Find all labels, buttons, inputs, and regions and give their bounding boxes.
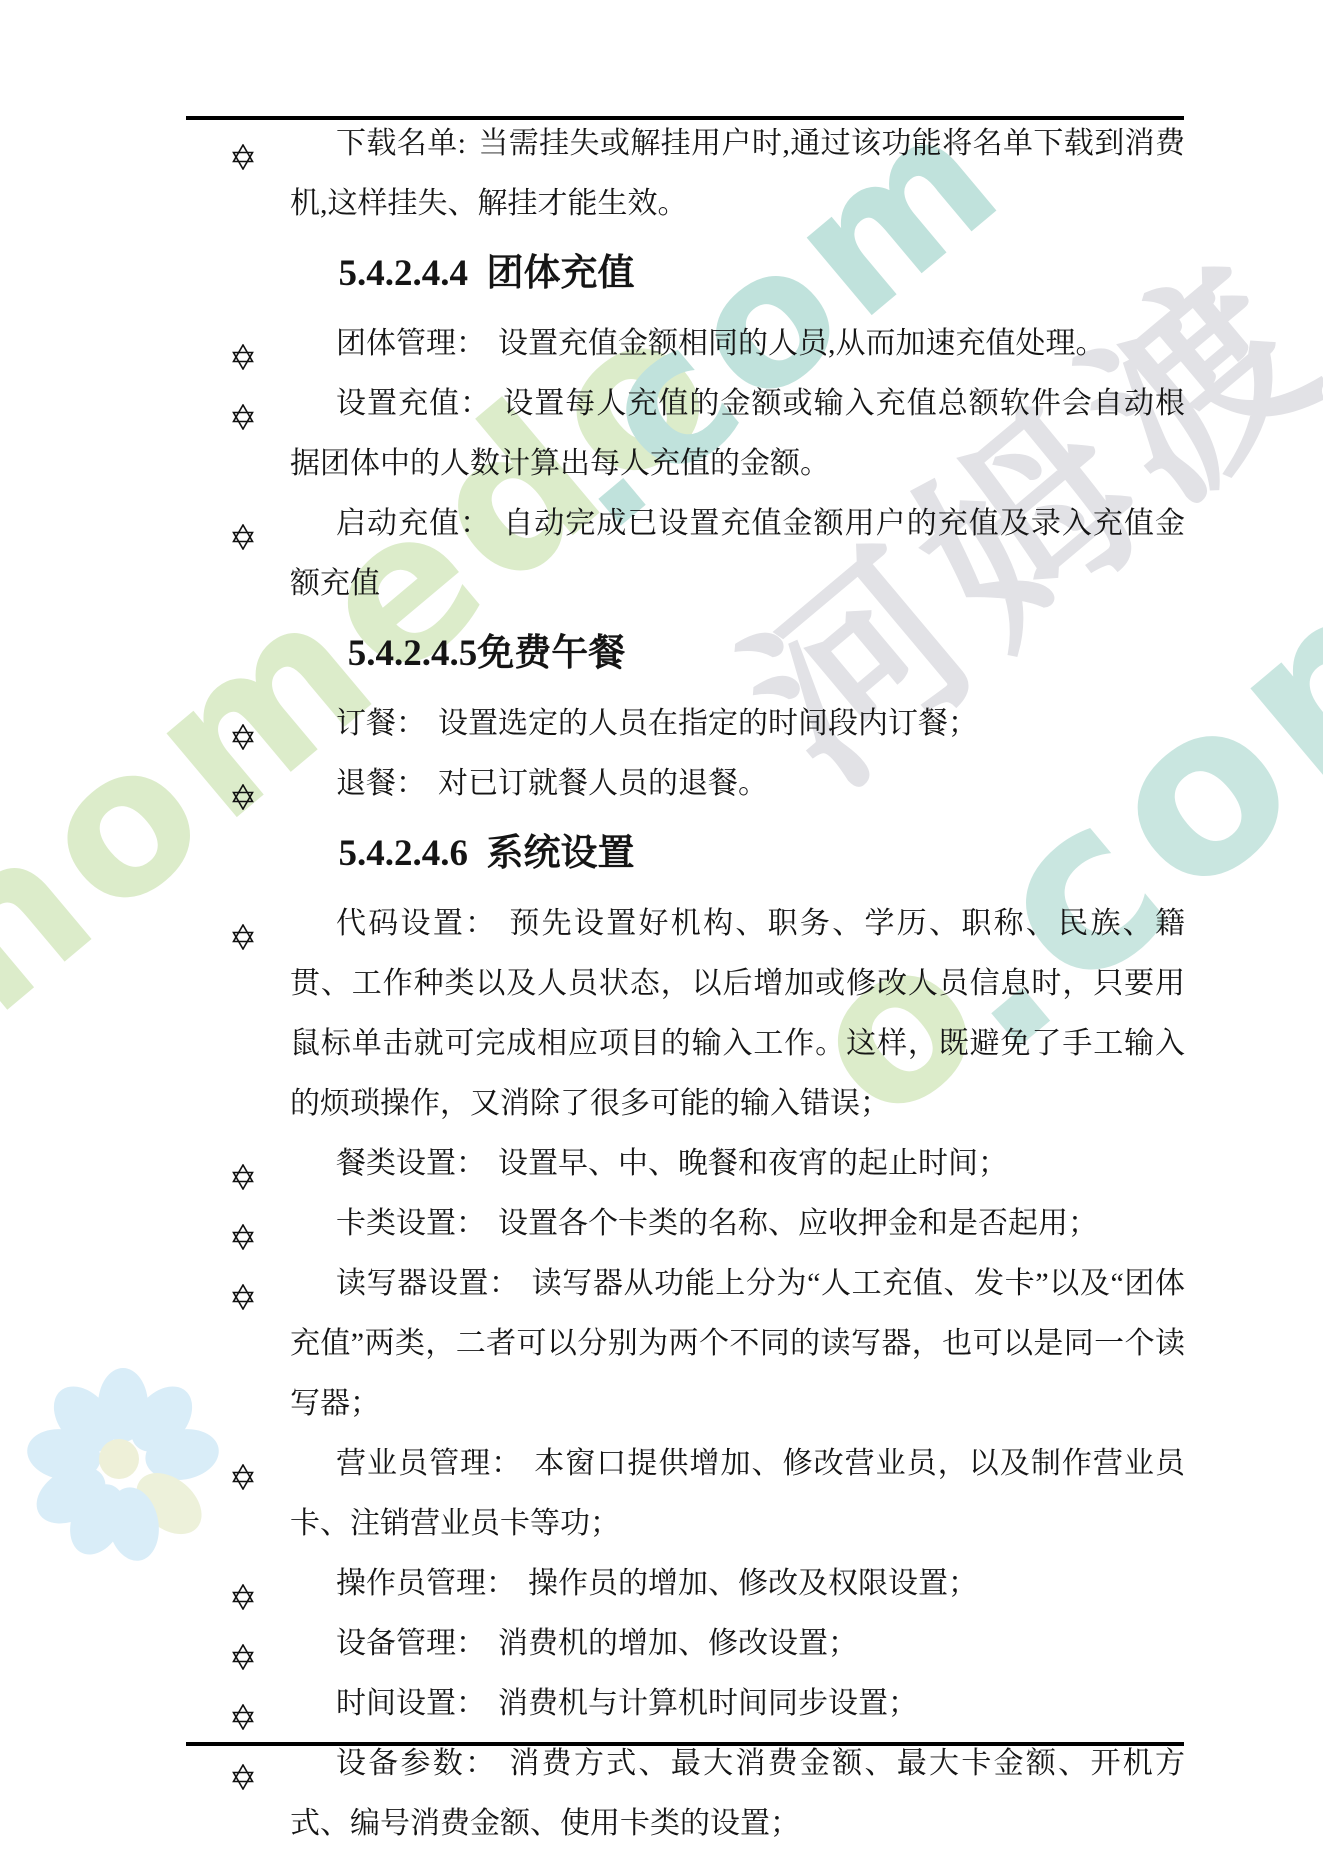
list-item: 启动充值：自动完成已设置充值金额用户的充值及录入充值金额充值 bbox=[290, 494, 1185, 614]
list-item: 设备管理：消费机的增加、修改设置； bbox=[290, 1614, 1185, 1674]
list-item: 卡类设置：设置各个卡类的名称、应收押金和是否起用； bbox=[290, 1194, 1185, 1254]
footer-rule bbox=[186, 1742, 1184, 1746]
item-text: 对已订就餐人员的退餐。 bbox=[438, 767, 768, 800]
item-label: 订餐： bbox=[336, 707, 426, 740]
item-label: 读写器设置： bbox=[336, 1267, 520, 1300]
hexagram-star-icon bbox=[232, 1631, 254, 1657]
hexagram-star-icon bbox=[232, 391, 254, 417]
item-text: 操作员的增加、修改及权限设置； bbox=[528, 1567, 978, 1600]
item-label: 下载名单: bbox=[336, 127, 466, 160]
list-item: 代码设置：预先设置好机构、职务、学历、职称、民族、籍贯、工作种类以及人员状态，以… bbox=[290, 894, 1185, 1134]
section-heading: 5.4.2.4.6 系统设置 bbox=[0, 824, 1148, 884]
hexagram-star-icon bbox=[232, 771, 254, 797]
item-label: 代码设置： bbox=[336, 907, 497, 940]
list-item: 操作员管理：操作员的增加、修改及权限设置； bbox=[290, 1554, 1185, 1614]
item-text: 设置早、中、晚餐和夜宵的起止时间； bbox=[498, 1147, 1008, 1180]
hexagram-star-icon bbox=[232, 711, 254, 737]
item-label: 卡类设置： bbox=[336, 1207, 486, 1240]
list-item: 退餐：对已订就餐人员的退餐。 bbox=[290, 754, 1185, 814]
document-page: homedo .com 河姆渡 o .com 下载名单:当需挂失或解挂用户时,通… bbox=[0, 0, 1323, 1871]
list-item: 餐类设置：设置早、中、晚餐和夜宵的起止时间； bbox=[290, 1134, 1185, 1194]
item-text: 设置充值金额相同的人员,从而加速充值处理。 bbox=[498, 327, 1106, 360]
list-item: 下载名单:当需挂失或解挂用户时,通过该功能将名单下载到消费机,这样挂失、解挂才能… bbox=[290, 114, 1185, 234]
item-label: 操作员管理： bbox=[336, 1567, 516, 1600]
list-item: 营业员管理：本窗口提供增加、修改营业员，以及制作营业员卡、注销营业员卡等功； bbox=[290, 1434, 1185, 1554]
bullet-list: 代码设置：预先设置好机构、职务、学历、职称、民族、籍贯、工作种类以及人员状态，以… bbox=[0, 894, 1323, 1854]
item-label: 退餐： bbox=[336, 767, 426, 800]
list-item: 团体管理：设置充值金额相同的人员,从而加速充值处理。 bbox=[290, 314, 1185, 374]
section-heading: 5.4.2.4.5免费午餐 bbox=[0, 624, 1148, 684]
hexagram-star-icon bbox=[232, 331, 254, 357]
section-heading: 5.4.2.4.4 团体充值 bbox=[0, 244, 1148, 304]
item-text: 设置各个卡类的名称、应收押金和是否起用； bbox=[498, 1207, 1098, 1240]
hexagram-star-icon bbox=[232, 1211, 254, 1237]
header-rule bbox=[186, 116, 1184, 120]
list-item: 读写器设置：读写器从功能上分为“人工充值、发卡”以及“团体充值”两类，二者可以分… bbox=[290, 1254, 1185, 1434]
bullet-list: 团体管理：设置充值金额相同的人员,从而加速充值处理。设置充值：设置每人充值的金额… bbox=[0, 314, 1323, 614]
item-label: 启动充值： bbox=[336, 507, 491, 540]
list-item: 设置充值：设置每人充值的金额或输入充值总额软件会自动根据团体中的人数计算出每人充… bbox=[290, 374, 1185, 494]
item-text: 设置选定的人员在指定的时间段内订餐； bbox=[438, 707, 978, 740]
item-label: 设备管理： bbox=[336, 1627, 486, 1660]
hexagram-star-icon bbox=[232, 511, 254, 537]
item-label: 设置充值： bbox=[336, 387, 491, 420]
item-text: 消费机与计算机时间同步设置； bbox=[498, 1687, 918, 1720]
hexagram-star-icon bbox=[232, 1691, 254, 1717]
bullet-list: 订餐：设置选定的人员在指定的时间段内订餐；退餐：对已订就餐人员的退餐。 bbox=[0, 694, 1323, 814]
item-text: 消费机的增加、修改设置； bbox=[498, 1627, 858, 1660]
hexagram-star-icon bbox=[232, 1451, 254, 1477]
hexagram-star-icon bbox=[232, 1271, 254, 1297]
item-label: 营业员管理： bbox=[336, 1447, 522, 1480]
item-label: 团体管理： bbox=[336, 327, 486, 360]
list-item: 时间设置：消费机与计算机时间同步设置； bbox=[290, 1674, 1185, 1734]
hexagram-star-icon bbox=[232, 1571, 254, 1597]
hexagram-star-icon bbox=[232, 1751, 254, 1777]
hexagram-star-icon bbox=[232, 131, 254, 157]
hexagram-star-icon bbox=[232, 911, 254, 937]
list-item: 设备参数：消费方式、最大消费金额、最大卡金额、开机方式、编号消费金额、使用卡类的… bbox=[290, 1734, 1185, 1854]
document-content: 下载名单:当需挂失或解挂用户时,通过该功能将名单下载到消费机,这样挂失、解挂才能… bbox=[0, 114, 1323, 1854]
hexagram-star-icon bbox=[232, 1151, 254, 1177]
bullet-list: 下载名单:当需挂失或解挂用户时,通过该功能将名单下载到消费机,这样挂失、解挂才能… bbox=[0, 114, 1323, 234]
item-label: 餐类设置： bbox=[336, 1147, 486, 1180]
item-label: 设备参数： bbox=[336, 1747, 497, 1780]
item-label: 时间设置： bbox=[336, 1687, 486, 1720]
list-item: 订餐：设置选定的人员在指定的时间段内订餐； bbox=[290, 694, 1185, 754]
